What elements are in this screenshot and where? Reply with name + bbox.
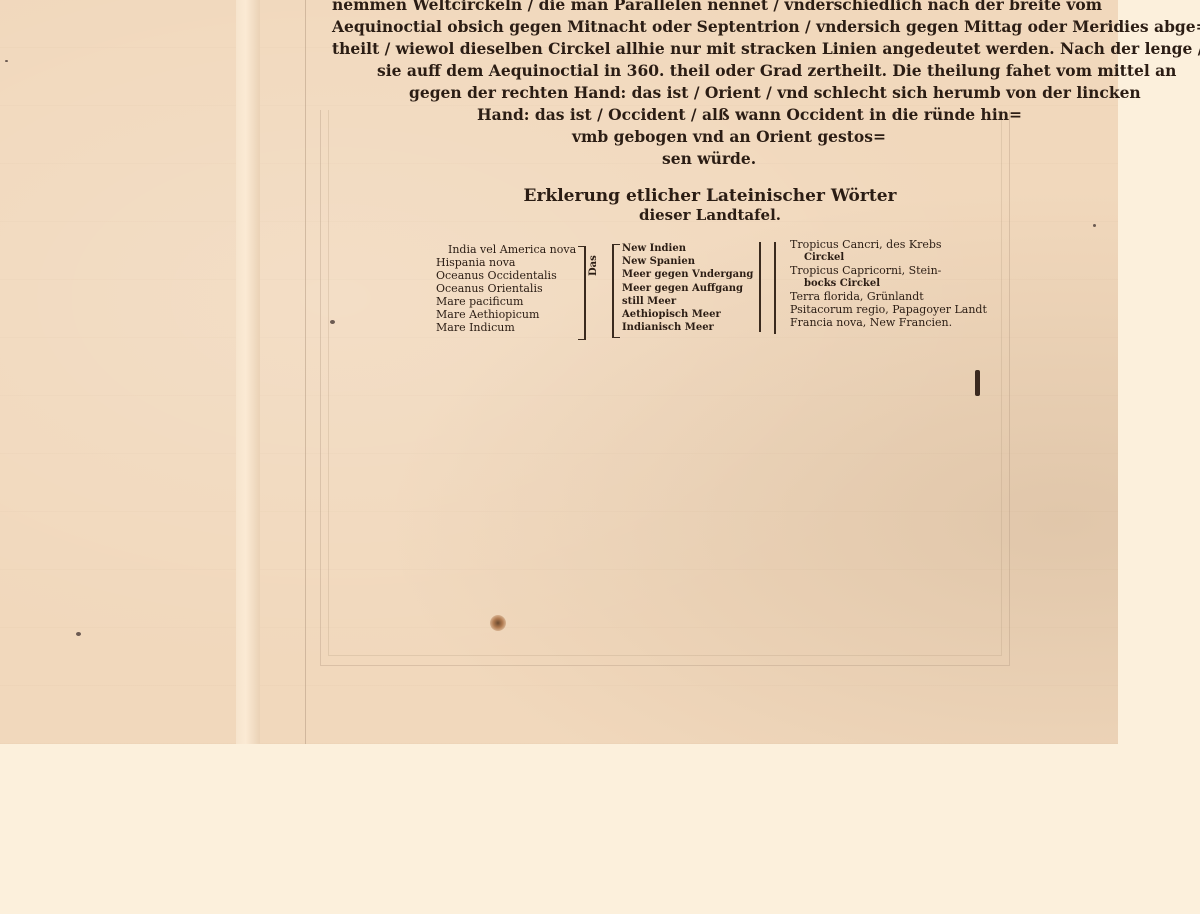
speck [1093, 224, 1096, 227]
paragraph-line: Hand: das ist / Occident / alß wann Occi… [332, 104, 1062, 126]
latin-term: Oceanus Occidentalis [436, 269, 576, 282]
paragraph-line: nemmen Weltcirckeln / die man Parallelen… [332, 0, 1062, 16]
german-term: Aethiopisch Meer [622, 308, 753, 321]
paragraph-line: sie auff dem Aequinoctial in 360. theil … [332, 60, 1062, 82]
paragraph-line: gegen der rechten Hand: das ist / Orient… [332, 82, 1062, 104]
stain-spot [490, 615, 506, 631]
german-term: New Spanien [622, 255, 753, 268]
speck [330, 320, 335, 324]
german-term: Indianisch Meer [622, 321, 753, 334]
german-term: Meer gegen Vndergang [622, 268, 753, 281]
right-term: Circkel [790, 251, 987, 264]
column-divider [759, 242, 761, 332]
speck [76, 632, 81, 636]
ink-blot [975, 370, 980, 396]
speck [5, 60, 8, 62]
column-divider [774, 242, 776, 334]
right-term: Francia nova, New Francien. [790, 316, 987, 329]
right-term: Tropicus Capricorni, Stein- [790, 264, 987, 277]
glossary-subtitle: dieser Landtafel. [500, 206, 920, 224]
right-term: Psitacorum regio, Papagoyer Landt [790, 303, 987, 316]
connector-word: Das [588, 255, 599, 276]
latin-term: Mare pacificum [436, 295, 576, 308]
right-term: Terra florida, Grünlandt [790, 290, 987, 303]
border-rule [305, 0, 306, 744]
right-term: Tropicus Cancri, des Krebs [790, 238, 987, 251]
german-term: Meer gegen Auffgang [622, 282, 753, 295]
latin-term: Mare Aethiopicum [436, 308, 576, 321]
page-fold [236, 0, 260, 744]
glossary-title: Erklerung etlicher Lateinischer Wörter [500, 186, 920, 206]
latin-term: Hispania nova [436, 256, 576, 269]
german-terms-list: New Indien New Spanien Meer gegen Vnderg… [622, 242, 753, 334]
paragraph-line: theilt / wiewol dieselben Circkel allhie… [332, 38, 1062, 60]
latin-terms-list: India vel America nova Hispania nova Oce… [436, 243, 576, 334]
german-term: New Indien [622, 242, 753, 255]
bracket-close [578, 246, 586, 340]
scanned-page: nemmen Weltcirckeln / die man Parallelen… [0, 0, 1118, 744]
latin-term: India vel America nova [436, 243, 576, 256]
body-paragraph: nemmen Weltcirckeln / die man Parallelen… [332, 0, 1062, 170]
latin-term: Oceanus Orientalis [436, 282, 576, 295]
paragraph-line: vmb gebogen vnd an Orient gestos= [332, 126, 1062, 148]
german-term: still Meer [622, 295, 753, 308]
glossary-heading: Erklerung etlicher Lateinischer Wörter d… [500, 186, 920, 224]
paragraph-line: Aequinoctial obsich gegen Mitnacht oder … [332, 16, 1062, 38]
bracket-open [612, 244, 620, 338]
latin-term: Mare Indicum [436, 321, 576, 334]
right-term: bocks Circkel [790, 277, 987, 290]
right-terms-list: Tropicus Cancri, des Krebs Circkel Tropi… [790, 238, 987, 329]
paragraph-line: sen würde. [332, 148, 1062, 170]
